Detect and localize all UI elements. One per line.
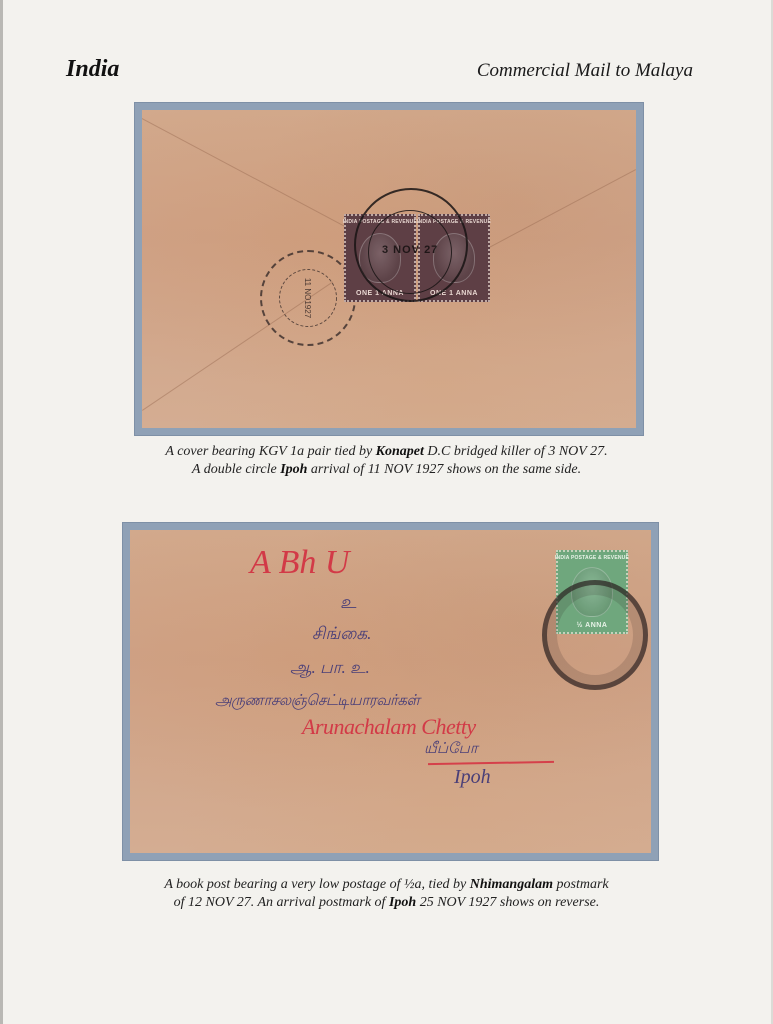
red-ink-heading: A Bh U: [250, 544, 349, 582]
postmark-date: 11 NO: [304, 278, 313, 301]
handwritten-addressee-tamil: அருணாசலஞ்செட்டியாரவர்கள்: [215, 692, 420, 711]
cover-1-image: 11 NO 1927 INDIA POSTAGE & REVENUE ONE 1…: [142, 110, 636, 428]
caption-text: postmark: [553, 877, 609, 892]
killer-postmark-date: 3 NOV 27: [382, 244, 438, 256]
red-underline: [428, 761, 554, 765]
page-edge: [0, 0, 3, 1024]
stamp-inscription: INDIA POSTAGE & REVENUE: [555, 555, 629, 561]
handwritten-city: Ipoh: [454, 766, 491, 789]
page-title: Commercial Mail to Malaya: [477, 60, 693, 82]
caption-text: of 12 NOV 27. An arrival postmark of: [174, 895, 389, 910]
caption-text: A cover bearing KGV 1a pair tied by: [165, 444, 375, 459]
handwritten-line: ஆ. பா. உ.: [290, 658, 370, 680]
caption-text: 25 NOV 1927 shows on reverse.: [416, 895, 599, 910]
handwritten-city-tamil: யீப்போ: [424, 740, 478, 759]
caption-postmark-name: Ipoh: [389, 895, 416, 910]
caption-postmark-name: Nhimangalam: [470, 877, 553, 892]
handwritten-line: உ: [340, 592, 356, 615]
caption-postmark-name: Ipoh: [280, 462, 307, 477]
cover-1-caption: A cover bearing KGV 1a pair tied by Kona…: [0, 443, 773, 479]
ipoh-arrival-postmark: 11 NO 1927: [260, 250, 356, 346]
postmark-year: 1927: [304, 300, 313, 318]
caption-postmark-name: Konapet: [376, 444, 424, 459]
caption-text: A double circle: [192, 462, 280, 477]
caption-text: arrival of 11 NOV 1927 shows on the same…: [307, 462, 581, 477]
cover-2-caption: A book post bearing a very low postage o…: [0, 876, 773, 912]
caption-text: A book post bearing a very low postage o…: [164, 877, 469, 892]
handwritten-line: சிங்கை.: [312, 624, 371, 646]
page-country-heading: India: [66, 56, 119, 83]
caption-text: D.C bridged killer of 3 NOV 27.: [424, 444, 608, 459]
nhimangalam-postmark: [542, 580, 648, 690]
red-ink-addressee: Arunachalam Chetty: [302, 714, 476, 740]
cover-2-image: A Bh U உ சிங்கை. ஆ. பா. உ. அருணாசலஞ்செட்…: [130, 530, 651, 853]
